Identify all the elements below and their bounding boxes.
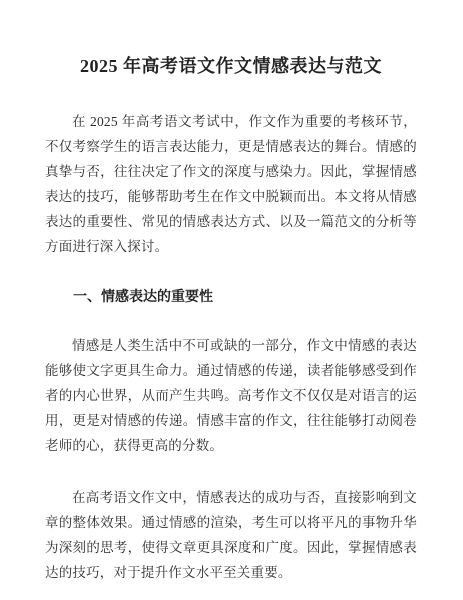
section-paragraph-1: 情感是人类生活中不可或缺的一部分，作文中情感的表达能够使文字更具生命力。通过情感… bbox=[45, 333, 417, 458]
document-page: 2025 年高考语文作文情感表达与范文 在 2025 年高考语文考试中，作文作为… bbox=[0, 0, 463, 600]
document-title: 2025 年高考语文作文情感表达与范文 bbox=[45, 52, 417, 78]
section-paragraph-2: 在高考语文作文中，情感表达的成功与否，直接影响到文章的整体效果。通过情感的渲染，… bbox=[45, 485, 417, 585]
intro-paragraph: 在 2025 年高考语文考试中，作文作为重要的考核环节，不仅考察学生的语言表达能… bbox=[45, 109, 417, 259]
section-heading: 一、情感表达的重要性 bbox=[45, 286, 417, 306]
